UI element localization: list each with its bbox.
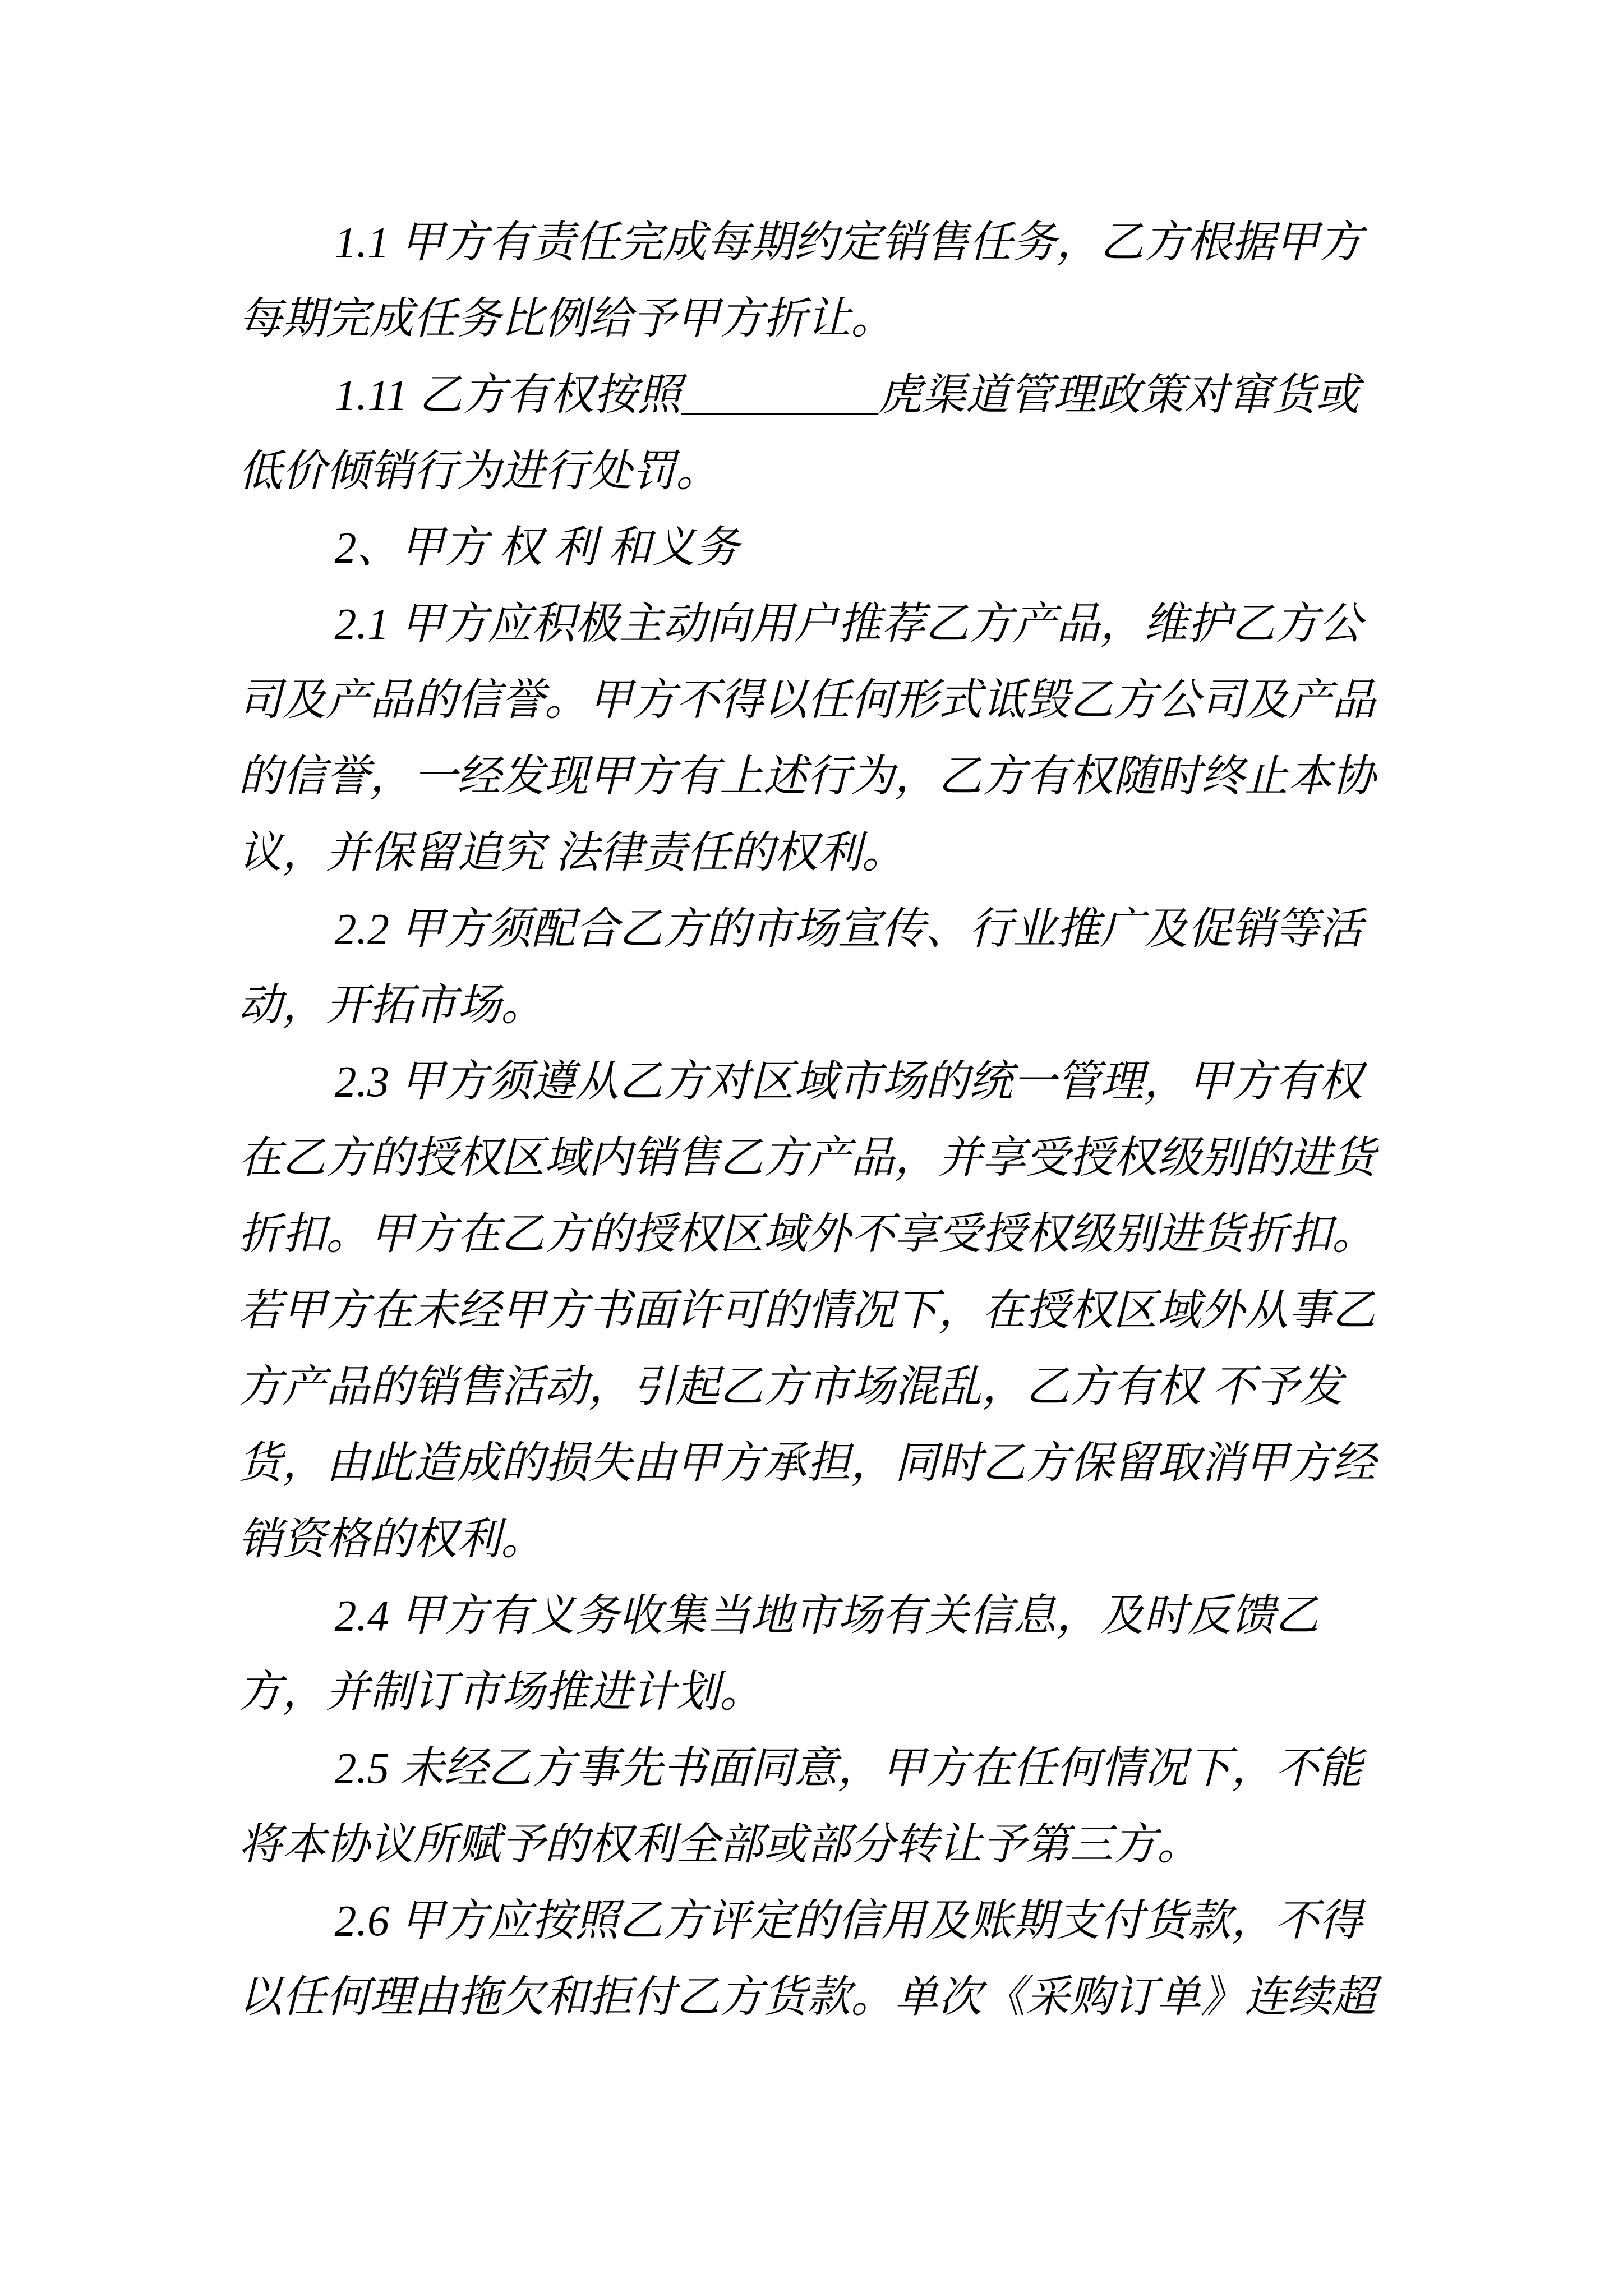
paragraph: 2.6 甲方应按照乙方评定的信用及账期支付货款，不得以任何理由拖欠和拒付乙方货款… — [238, 1883, 1382, 2035]
paragraph: 2.1 甲方应积极主动向用户推荐乙方产品，维护乙方公司及产品的信誉。甲方不得以任… — [238, 586, 1382, 891]
paragraphs: 1.1 甲方有责任完成每期约定销售任务，乙方根据甲方每期完成任务比例给予甲方折让… — [238, 204, 1382, 2035]
paragraph: 1.1 甲方有责任完成每期约定销售任务，乙方根据甲方每期完成任务比例给予甲方折让… — [238, 204, 1382, 357]
paragraph: 1.11 乙方有权按照_________虎渠道管理政策对窜货或低价倾销行为进行处… — [238, 357, 1382, 509]
paragraph: 2、甲方 权 利 和义务 — [238, 509, 1382, 586]
paragraph: 2.5 未经乙方事先书面同意，甲方在任何情况下，不能将本协议所赋予的权利全部或部… — [238, 1730, 1382, 1883]
paragraph: 2.3 甲方须遵从乙方对区域市场的统一管理，甲方有权在乙方的授权区域内销售乙方产… — [238, 1043, 1382, 1577]
document-page: 1.1 甲方有责任完成每期约定销售任务，乙方根据甲方每期完成任务比例给予甲方折让… — [0, 0, 1623, 2296]
paragraph: 2.2 甲方须配合乙方的市场宣传、行业推广及促销等活动，开拓市场。 — [238, 891, 1382, 1043]
paragraph: 2.4 甲方有义务收集当地市场有关信息，及时反馈乙方，并制订市场推进计划。 — [238, 1577, 1382, 1730]
